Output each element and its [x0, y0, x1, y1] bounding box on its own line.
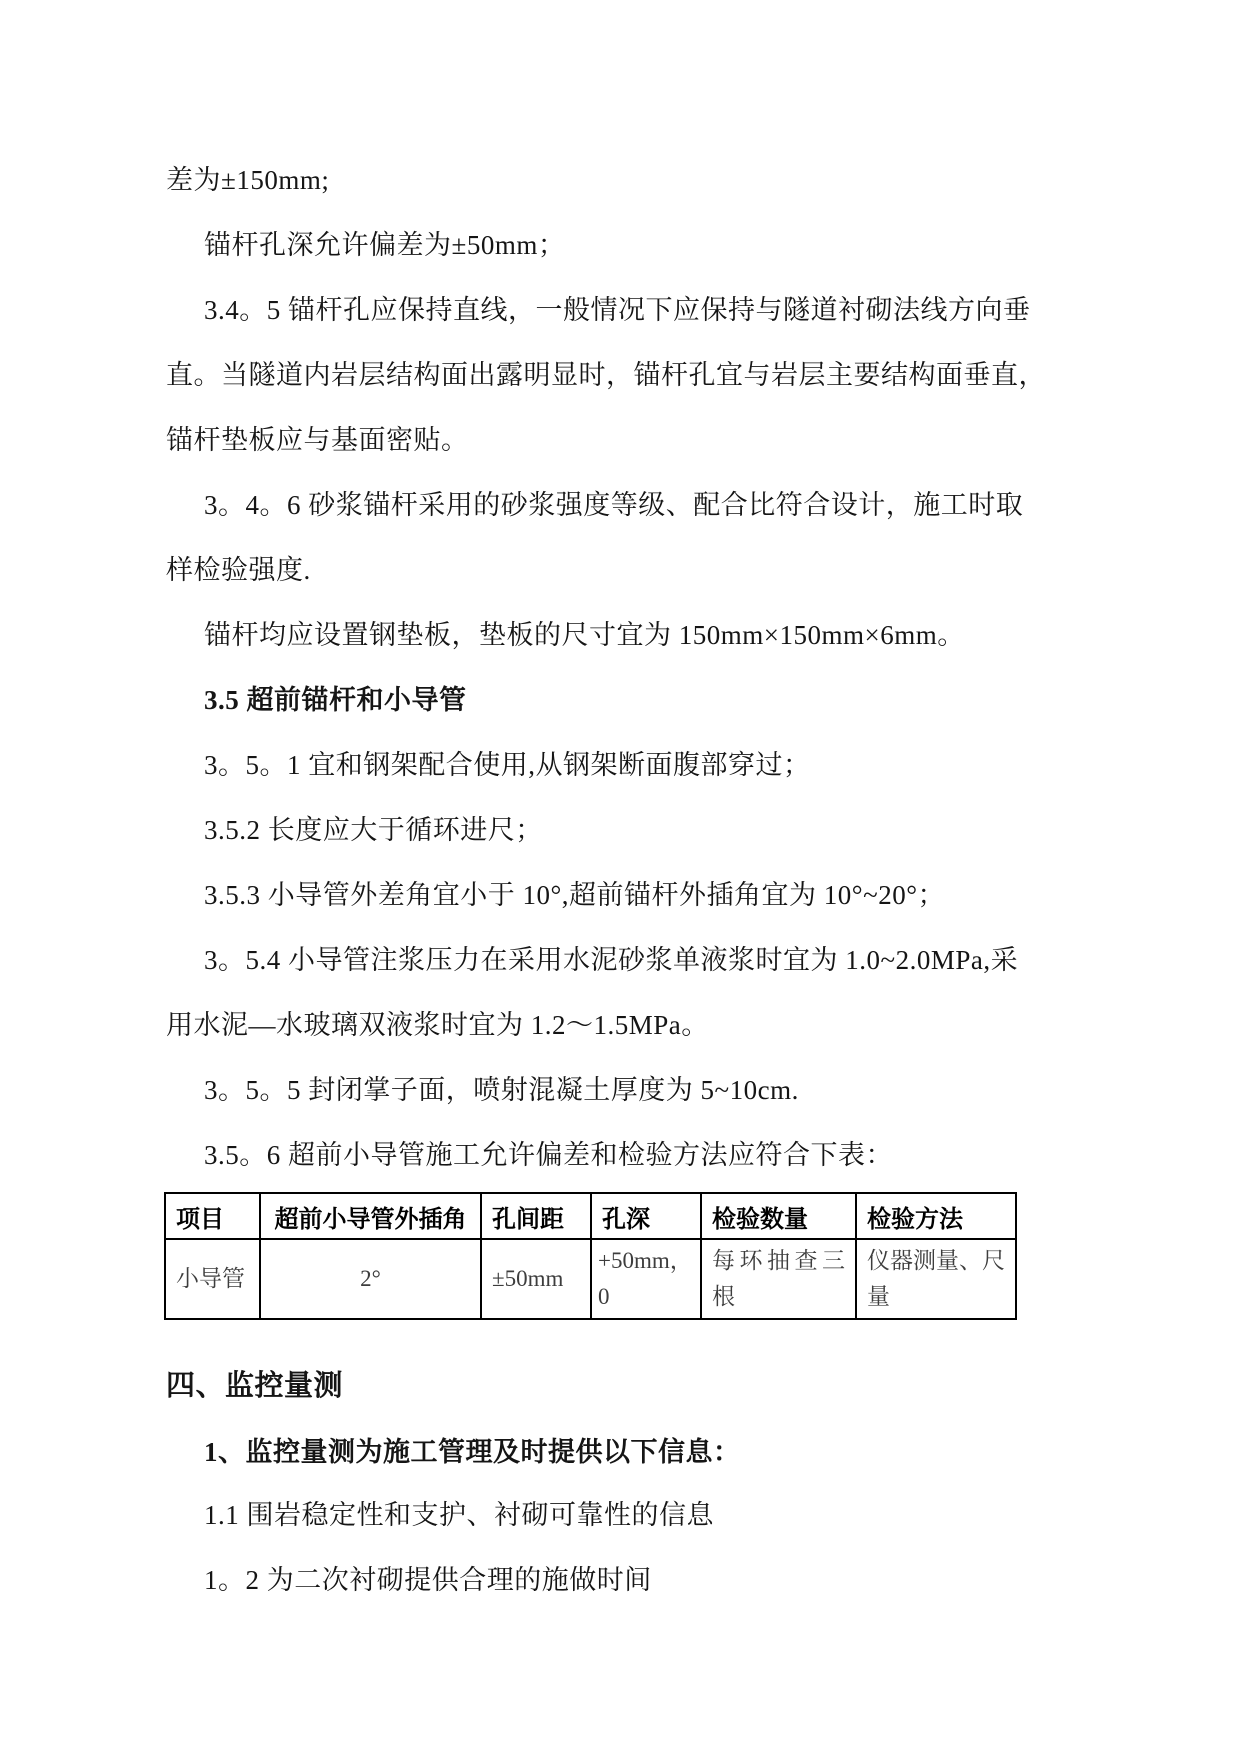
paragraph-line: 3。5。5 封闭掌子面，喷射混凝土厚度为 5~10cm. — [204, 1070, 799, 1110]
paragraph-line: 1。2 为二次衬砌提供合理的施做时间 — [204, 1560, 652, 1600]
paragraph-line: 锚杆垫板应与基面密贴。 — [166, 420, 469, 460]
table-cell-angle: 2° — [260, 1239, 481, 1319]
paragraph-line: 用水泥—水玻璃双液浆时宜为 1.2～1.5MPa。 — [166, 1005, 709, 1045]
paragraph-line: 3.5.2 长度应大于循环进尺； — [204, 810, 543, 850]
subsection-heading-1: 1、监控量测为施工管理及时提供以下信息： — [204, 1432, 741, 1472]
paragraph-line: 3.5.3 小导管外差角宜小于 10°,超前锚杆外插角宜为 10°~20°； — [204, 875, 945, 915]
table-cell-item: 小导管 — [165, 1239, 260, 1319]
table-cell-hole-depth: +50mm，0 — [591, 1239, 701, 1319]
paragraph-line: 3.5。6 超前小导管施工允许偏差和检验方法应符合下表： — [204, 1135, 893, 1175]
table-header-hole-spacing: 孔间距 — [481, 1193, 591, 1239]
table-header-item: 项目 — [165, 1193, 260, 1239]
paragraph-line: 3.4。5 锚杆孔应保持直线，一般情况下应保持与隧道衬砌法线方向垂 — [204, 290, 1031, 330]
table-header-check-quantity: 检验数量 — [701, 1193, 856, 1239]
paragraph-line: 1.1 围岩稳定性和支护、衬砌可靠性的信息 — [204, 1495, 714, 1535]
table-cell-check-method: 仪器测量、尺量 — [856, 1239, 1016, 1319]
paragraph-line: 锚杆孔深允许偏差为±50mm； — [204, 225, 565, 265]
paragraph-line: 直。当隧道内岩层结构面出露明显时，锚杆孔宜与岩层主要结构面垂直， — [166, 355, 1046, 395]
chapter-heading-4: 四、监控量测 — [166, 1366, 343, 1406]
section-heading-3-5: 3.5 超前锚杆和小导管 — [204, 680, 467, 720]
table-cell-hole-spacing: ±50mm — [481, 1239, 591, 1319]
paragraph-line: 3。5。1 宜和钢架配合使用,从钢架断面腹部穿过； — [204, 745, 811, 785]
table-header-row: 项目 超前小导管外插角 孔间距 孔深 检验数量 检验方法 — [165, 1193, 1016, 1239]
document-page: 差为±150mm; 锚杆孔深允许偏差为±50mm； 3.4。5 锚杆孔应保持直线… — [0, 0, 1241, 1754]
table-header-angle: 超前小导管外插角 — [260, 1193, 481, 1239]
paragraph-line: 样检验强度. — [166, 550, 311, 590]
paragraph-line: 3。4。6 砂浆锚杆采用的砂浆强度等级、配合比符合设计，施工时取 — [204, 485, 1023, 525]
table-cell-check-quantity: 每环抽查三根 — [701, 1239, 856, 1319]
paragraph-line: 锚杆均应设置钢垫板，垫板的尺寸宜为 150mm×150mm×6mm。 — [204, 615, 965, 655]
table-header-check-method: 检验方法 — [856, 1193, 1016, 1239]
paragraph-line: 3。5.4 小导管注浆压力在采用水泥砂浆单液浆时宜为 1.0~2.0MPa,采 — [204, 940, 1018, 980]
deviation-check-table: 项目 超前小导管外插角 孔间距 孔深 检验数量 检验方法 小导管 2° ±50m… — [164, 1192, 1017, 1320]
table-header-hole-depth: 孔深 — [591, 1193, 701, 1239]
table-row: 小导管 2° ±50mm +50mm，0 每环抽查三根 仪器测量、尺量 — [165, 1239, 1016, 1319]
paragraph-line: 差为±150mm; — [166, 160, 329, 200]
